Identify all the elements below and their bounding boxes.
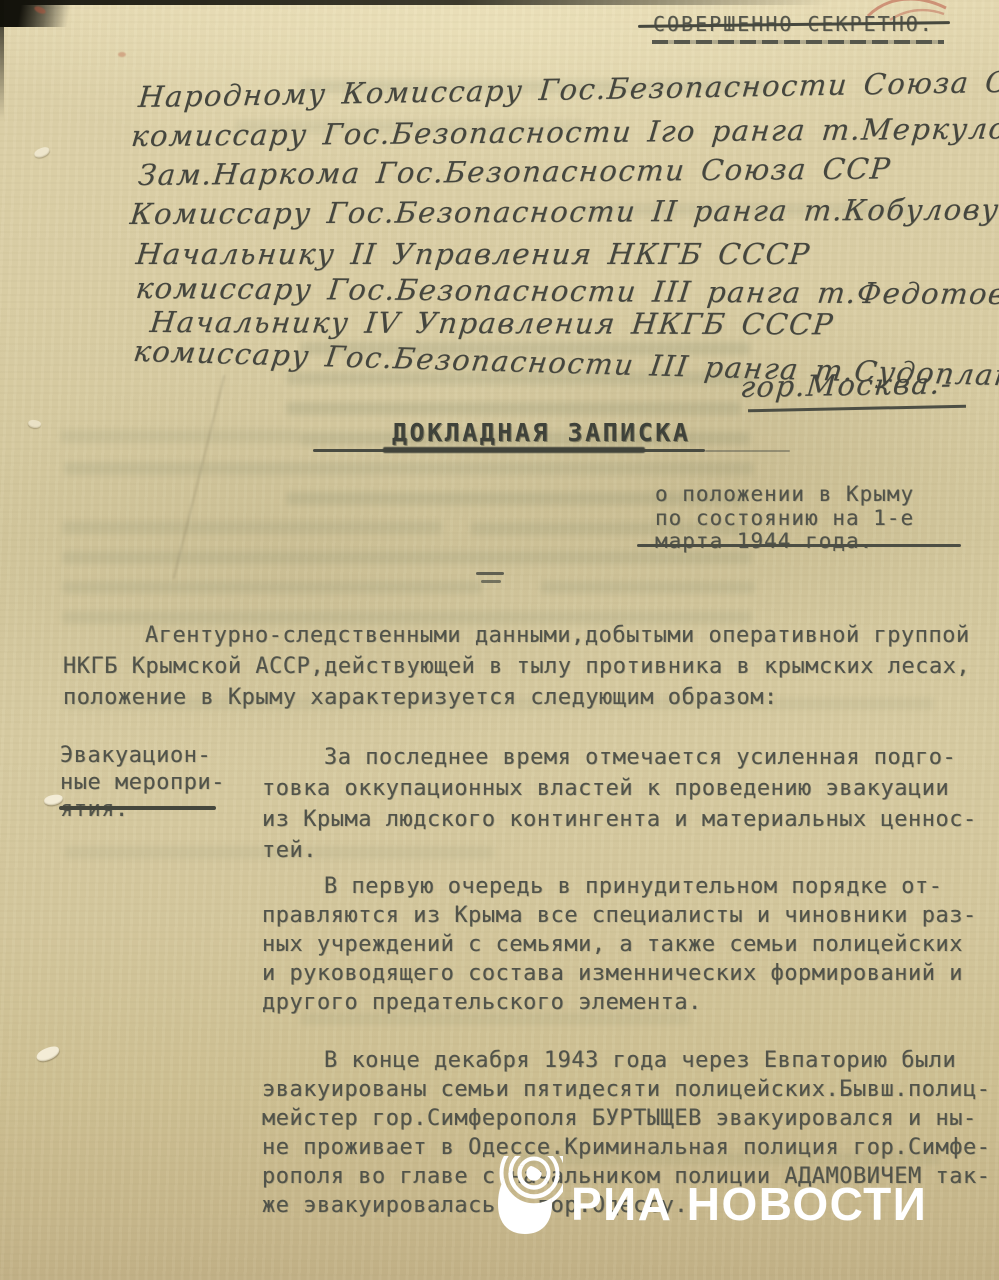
paragraph-line: из Крыма людского контингента и материал… <box>262 804 977 835</box>
intro-paragraph: Агентурно-следственными данными,добытыми… <box>63 620 970 713</box>
address-line: Народному Комиссару Гос.Безопасности Сою… <box>137 64 999 114</box>
bleed-through-texture <box>60 430 300 443</box>
subtitle-underline <box>637 544 961 547</box>
paragraph-line: НКГБ Крымской АССР,действующей в тылу пр… <box>63 651 970 682</box>
address-line: Комиссару Гос.Безопасности II ранга т.Ко… <box>129 192 999 231</box>
paragraph-line: эвакуированы семьи пятидесяти полицейски… <box>262 1075 991 1104</box>
paragraph-line: В конце декабря 1943 года через Евпатори… <box>262 1046 991 1075</box>
subtitle-line: о положении в Крыму <box>655 483 914 507</box>
address-line: Начальнику II Управления НКГБ СССР <box>134 237 812 271</box>
margin-note: Эвакуацион- ные меропри- ятия. <box>60 742 225 823</box>
margin-note-line: ные меропри- <box>60 769 225 796</box>
scan-edge-top <box>0 0 840 5</box>
paragraph-line: и руководящего состава изменнических фор… <box>262 959 977 988</box>
title-underline-heavy <box>383 447 645 453</box>
classification-underline <box>652 40 944 44</box>
paragraph-line: ных учреждений с семьями, а также семьи … <box>262 930 977 959</box>
scan-edge-corner <box>0 0 95 27</box>
body-paragraph: За последнее время отмечается усиленная … <box>262 742 977 866</box>
red-pencil-speck <box>118 52 126 57</box>
bleed-through-texture <box>62 551 752 564</box>
paragraph-line: Агентурно-следственными данными,добытыми… <box>63 620 970 651</box>
scanned-document-page: СОВЕРШЕННО СЕКРЕТНО. Народному Комиссару… <box>0 0 999 1280</box>
address-city-line: гор.Москва.- <box>739 366 954 404</box>
paragraph-line: другого предательского элемента. <box>262 988 977 1017</box>
paragraph-line: товка оккупационных властей к проведению… <box>262 773 977 804</box>
paragraph-line: тей. <box>262 835 977 866</box>
subtitle-line: марта 1944 года. <box>655 530 914 554</box>
section-separator <box>481 580 501 583</box>
body-paragraph: В первую очередь в принудительном порядк… <box>262 872 977 1017</box>
subtitle-line: по состоянию на 1-е <box>655 507 914 531</box>
bleed-through-texture <box>62 521 442 534</box>
ria-novosti-egg-logo-icon <box>487 1156 563 1238</box>
margin-note-line: ятия. <box>60 796 225 823</box>
ria-novosti-watermark: РИА НОВОСТИ <box>487 1156 927 1238</box>
document-title: ДОКЛАДНАЯ ЗАПИСКА <box>392 418 690 447</box>
bleed-through-texture <box>64 462 754 475</box>
section-separator <box>476 572 504 575</box>
paper-damage-spot <box>27 419 41 430</box>
paragraph-line: правляются из Крыма все специалисты и чи… <box>262 901 977 930</box>
paper-crease <box>173 375 226 579</box>
paragraph-line: За последнее время отмечается усиленная … <box>262 742 977 773</box>
margin-note-underline <box>59 806 216 810</box>
margin-note-line: Эвакуацион- <box>60 742 225 769</box>
bleed-through-texture <box>286 402 741 415</box>
address-line: Начальнику IV Управления НКГБ СССР <box>148 305 835 341</box>
scan-edge-left <box>0 0 4 120</box>
address-line: комиссару Гос.Безопасности Iго ранга т.М… <box>130 111 999 153</box>
paragraph-line: В первую очередь в принудительном порядк… <box>262 872 977 901</box>
paragraph-line: мейстер гор.Симферополя БУРТЫЩЕВ эвакуир… <box>262 1104 991 1133</box>
ria-novosti-wordmark: РИА НОВОСТИ <box>571 1177 927 1231</box>
bleed-through-texture <box>62 581 482 594</box>
paragraph-line: положение в Крыму характеризуется следую… <box>63 682 970 713</box>
paper-damage-spot <box>33 146 51 160</box>
paper-damage-spot <box>35 1044 62 1063</box>
address-line: Зам.Наркома Гос.Безопасности Союза ССР <box>137 151 893 192</box>
bleed-through-texture <box>540 581 755 594</box>
title-underline-faint <box>705 450 790 452</box>
address-city-underline <box>748 405 966 412</box>
document-subtitle: о положении в Крыму по состоянию на 1-е … <box>655 483 914 554</box>
